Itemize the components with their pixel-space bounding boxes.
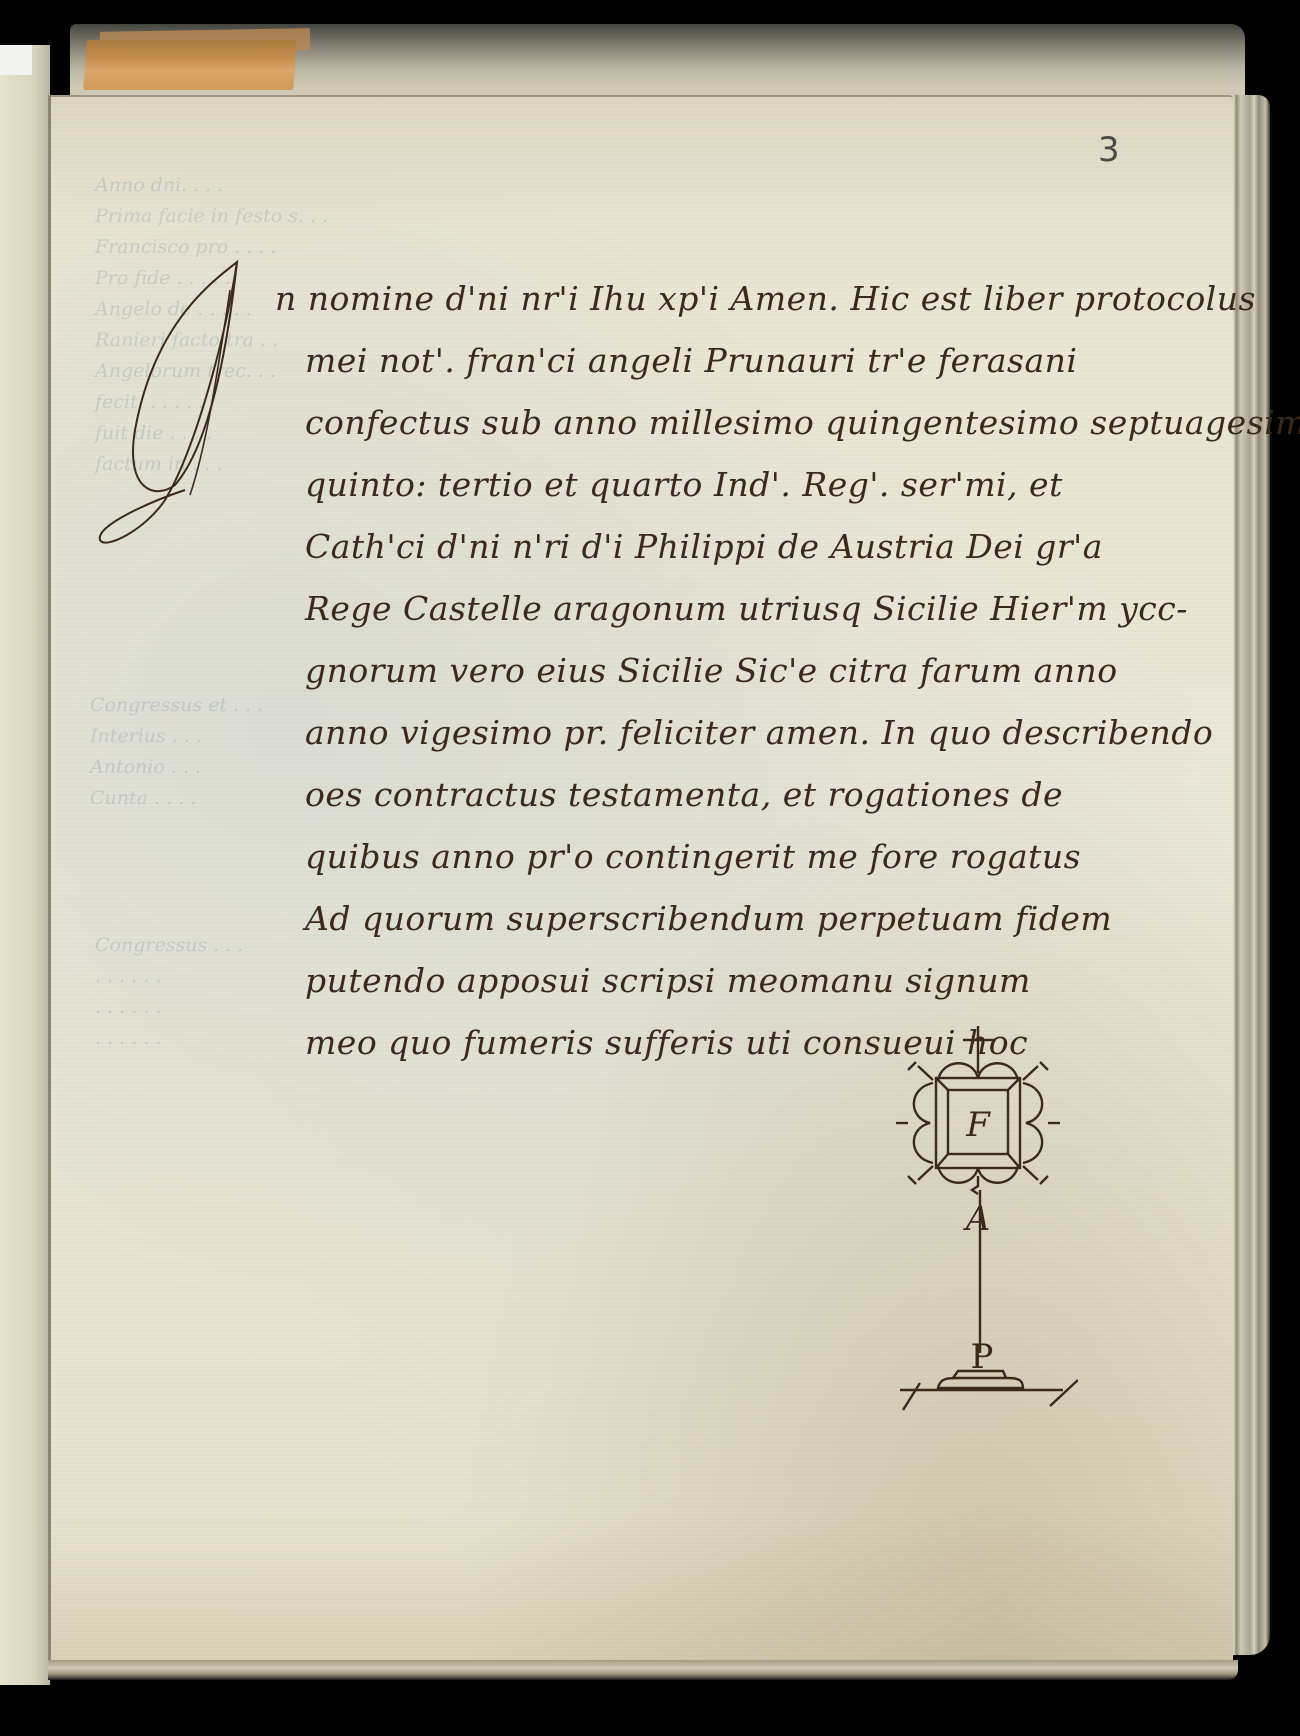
notary-sign-icon: F A P xyxy=(878,1018,1078,1418)
text-line: anno vigesimo pr. feliciter amen. In quo… xyxy=(305,702,1165,764)
facing-page-edge xyxy=(0,45,50,1685)
text-line: quibus anno pr'o contingerit me fore rog… xyxy=(305,826,1165,888)
page-bottom-edge xyxy=(48,1660,1238,1680)
decorated-initial-letter-icon xyxy=(95,250,265,550)
text-line: Rege Castelle aragonum utriusq Sicilie H… xyxy=(305,578,1165,640)
text-line: gnorum vero eius Sicilie Sic'e citra far… xyxy=(305,640,1165,702)
bleed-through-text-lower: Congressus . . . . . . . . . . . . . . .… xyxy=(95,930,243,1054)
text-line: confectus sub anno millesimo quingentesi… xyxy=(305,392,1165,454)
notary-sign-middle-letter: A xyxy=(963,1199,991,1239)
text-line: mei not'. fran'ci angeli Prunauri tr'e f… xyxy=(305,330,1165,392)
repair-tape xyxy=(83,40,296,90)
text-line: Cath'ci d'ni n'ri d'i Philippi de Austri… xyxy=(305,516,1165,578)
notary-sign-center-letter: F xyxy=(965,1105,991,1145)
scanned-manuscript: Anno dni. . . . Prima facie in festo s. … xyxy=(0,0,1300,1736)
text-line: putendo apposui scripsi meomanu signum xyxy=(305,950,1165,1012)
bleed-through-text-middle: Congressus et . . . Interius . . . Anton… xyxy=(90,690,263,814)
notary-sign-bottom-letter: P xyxy=(971,1337,994,1377)
folio-number: 3 xyxy=(1098,130,1120,170)
binding-tab xyxy=(0,45,32,75)
text-line: Ad quorum superscribendum perpetuam fide… xyxy=(305,888,1165,950)
text-line: quinto: tertio et quarto Ind'. Reg'. ser… xyxy=(305,454,1165,516)
text-line: n nomine d'ni nr'i Ihu xp'i Amen. Hic es… xyxy=(275,268,1165,330)
text-line: oes contractus testamenta, et rogationes… xyxy=(305,764,1165,826)
manuscript-text: n nomine d'ni nr'i Ihu xp'i Amen. Hic es… xyxy=(305,268,1165,1074)
